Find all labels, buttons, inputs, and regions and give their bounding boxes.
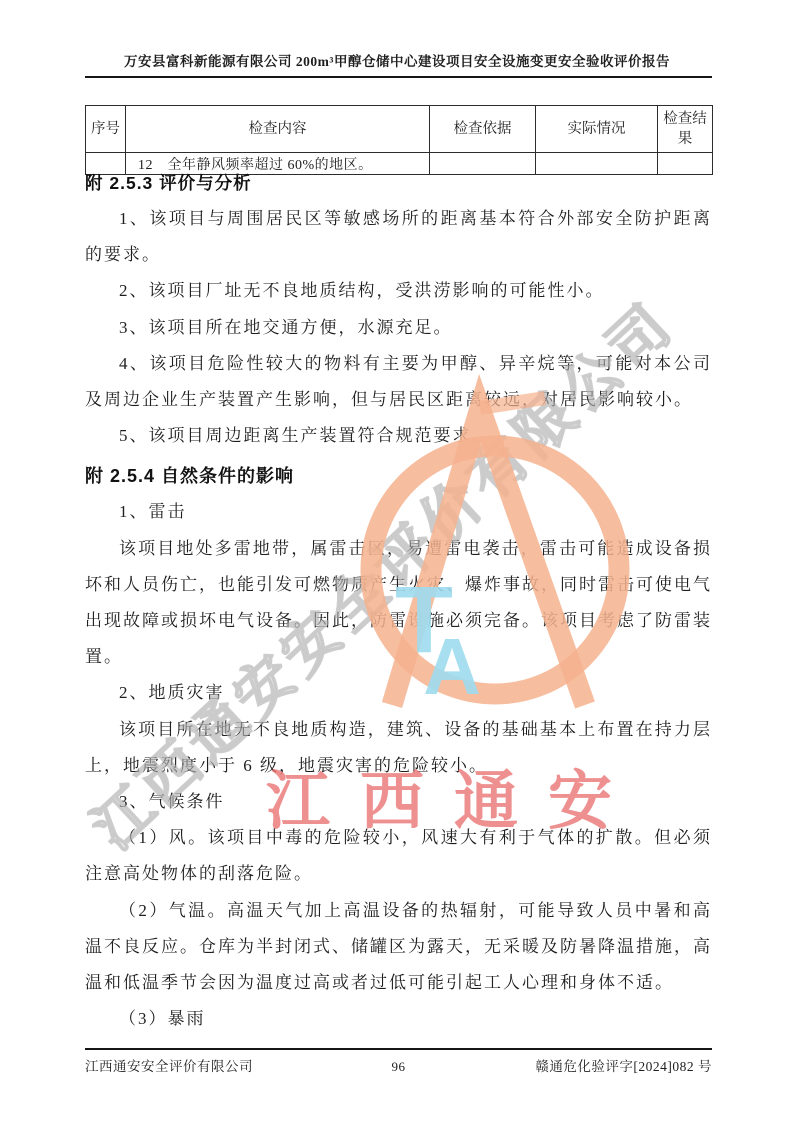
list-item-title: 1、雷击 (85, 494, 712, 530)
page-footer: 江西通安安全评价有限公司 96 赣通危化验评字[2024]082 号 (85, 1055, 712, 1075)
list-item-title: 3、气候条件 (85, 784, 712, 820)
paragraph: 该项目地处多雷地带，属雷击区，易遭雷电袭击，雷击可能造成设备损坏和人员伤亡，也能… (85, 531, 712, 676)
footer-page-number: 96 (392, 1059, 406, 1075)
checklist-table: 序号 检查内容 检查依据 实际情况 检查结果 12 全年静风频率超过 60%的地… (85, 105, 713, 175)
col-header-content: 检查内容 (126, 106, 430, 153)
col-header-result: 检查结果 (658, 106, 713, 153)
document-page: 万安县富科新能源有限公司 200m³甲醇仓储中心建设项目安全设施变更安全验收评价… (0, 0, 794, 1123)
section-heading-2-5-3: 附 2.5.3 评价与分析 (85, 170, 712, 195)
col-header-actual: 实际情况 (536, 106, 658, 153)
paragraph: （1）风。该项目中毒的危险较小，风速大有利于气体的扩散。但必须注意高处物体的刮落… (85, 820, 712, 892)
paragraph: 4、该项目危险性较大的物料有主要为甲醇、异辛烷等，可能对本公司及周边企业生产装置… (85, 346, 712, 418)
section-heading-2-5-4: 附 2.5.4 自然条件的影响 (85, 462, 712, 488)
list-item-title: 2、地质灾害 (85, 675, 712, 711)
document-body: 附 2.5.3 评价与分析 1、该项目与周围居民区等敏感场所的距离基本符合外部安… (85, 170, 712, 1037)
paragraph: 该项目所在地无不良地质构造，建筑、设备的基础基本上布置在持力层上，地震烈度小于 … (85, 712, 712, 784)
footer-rule (85, 1048, 712, 1050)
col-header-basis: 检查依据 (430, 106, 536, 153)
report-title: 万安县富科新能源有限公司 200m³甲醇仓储中心建设项目安全设施变更安全验收评价… (60, 50, 734, 70)
header-rule (85, 76, 712, 78)
footer-doc-number: 赣通危化验评字[2024]082 号 (406, 1055, 713, 1075)
paragraph: （2）气温。高温天气加上高温设备的热辐射，可能导致人员中暑和高温不良反应。仓库为… (85, 893, 712, 1002)
footer-company: 江西通安安全评价有限公司 (85, 1055, 392, 1075)
paragraph: 2、该项目厂址无不良地质结构，受洪涝影响的可能性小。 (85, 273, 712, 309)
list-item-title: （3）暴雨 (85, 1001, 712, 1037)
paragraph: 5、该项目周边距离生产装置符合规范要求。 (85, 418, 712, 454)
paragraph: 3、该项目所在地交通方便，水源充足。 (85, 310, 712, 346)
paragraph: 1、该项目与周围居民区等敏感场所的距离基本符合外部安全防护距离的要求。 (85, 201, 712, 273)
table-header-row: 序号 检查内容 检查依据 实际情况 检查结果 (86, 106, 713, 153)
col-header-seq: 序号 (86, 106, 126, 153)
